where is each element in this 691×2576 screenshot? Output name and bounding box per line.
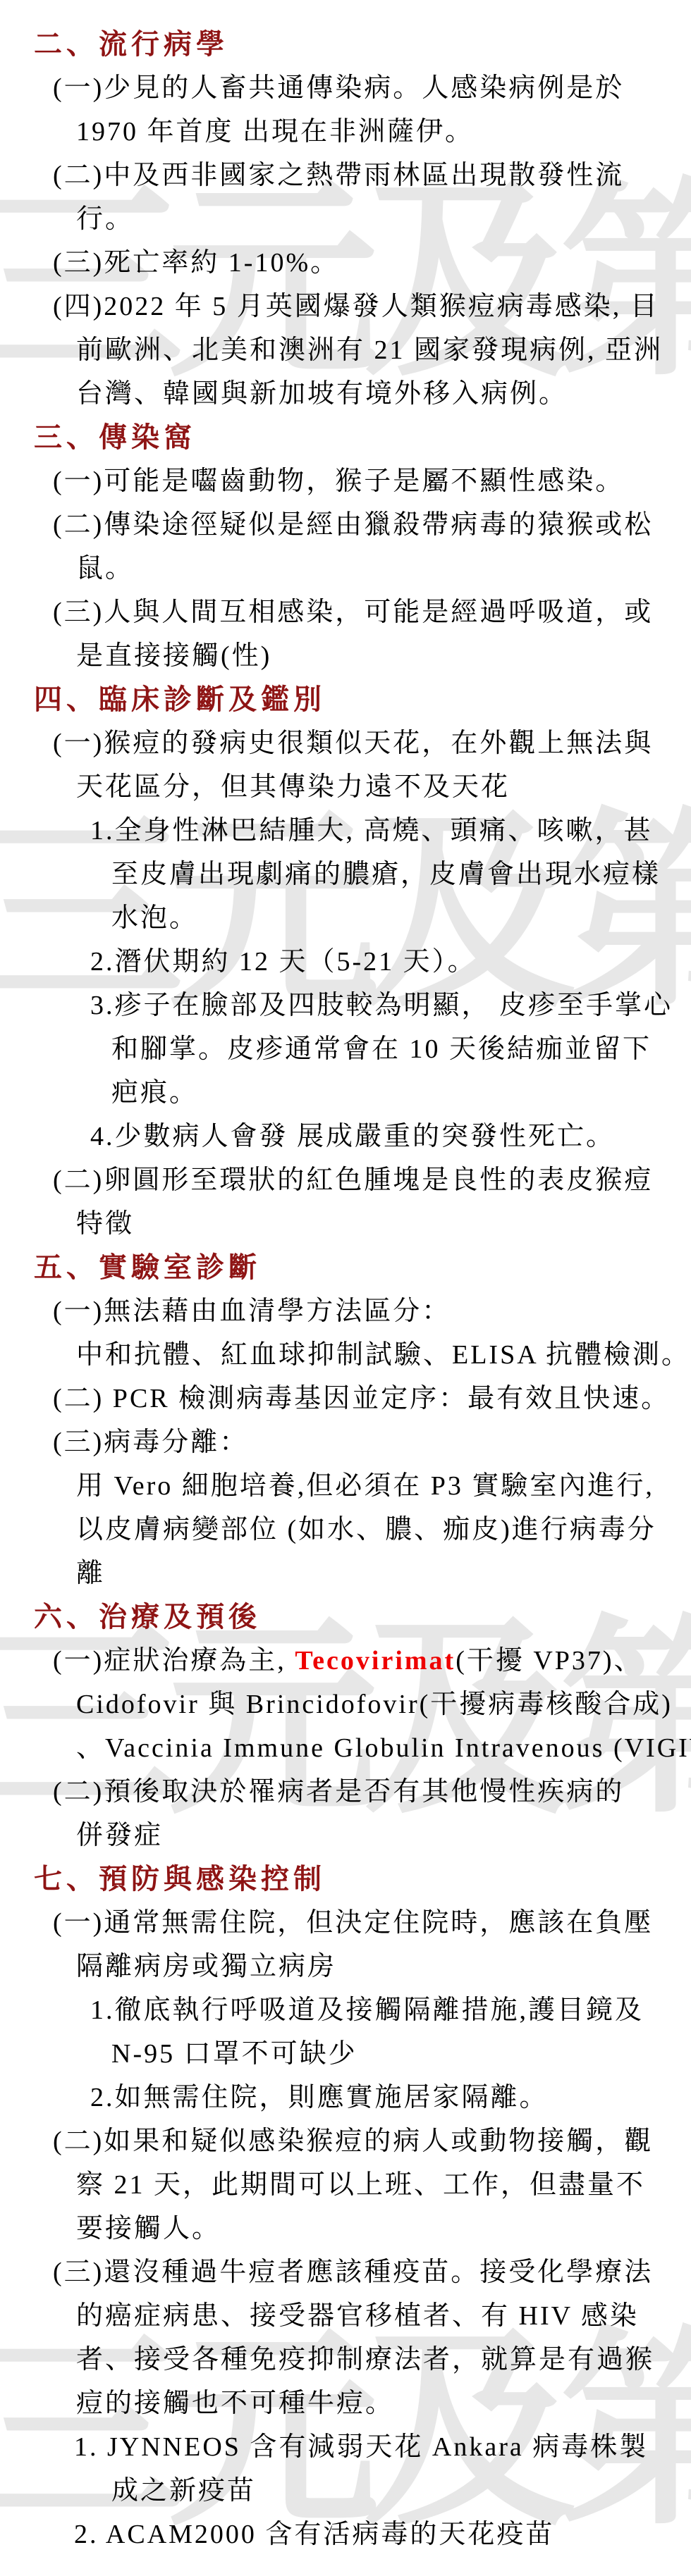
- text-line: 要接觸人。: [76, 2207, 691, 2250]
- text-segment: (一)症狀治療為主,: [53, 1646, 295, 1676]
- document-content: 二、流行病學 (一)少見的人畜共通傳染病。人感染病例是於 1970 年首度 出現…: [0, 0, 691, 2556]
- text-line: 水泡。: [111, 896, 691, 940]
- text-line: (二)傳染途徑疑似是經由獵殺帶病毒的猿猴或松: [53, 503, 691, 547]
- document-page: 三元及第 三元及第 三元及第 三元及第 二、流行病學 (一)少見的人畜共通傳染病…: [0, 0, 691, 2576]
- text-line: 、Vaccinia Immune Globulin Intravenous (V…: [76, 1726, 691, 1770]
- text-line: (一)無法藉由血清學方法區分：: [53, 1289, 691, 1333]
- text-line: Cidofovir 與 Brincidofovir(干擾病毒核酸合成): [76, 1683, 691, 1726]
- text-line: 2.潛伏期約 12 天（5-21 天）。: [90, 940, 691, 984]
- text-line: 2.如無需住院，則應實施居家隔離。: [90, 2076, 691, 2119]
- text-line: 1.徹底執行呼吸道及接觸隔離措施,護目鏡及: [90, 1988, 691, 2032]
- text-line: 疤痕。: [111, 1071, 691, 1115]
- text-line: 前歐洲、北美和澳洲有 21 國家發現病例, 亞洲: [76, 328, 691, 372]
- text-line: 者、接受各種免疫抑制療法者，就算是有過猴: [76, 2338, 691, 2382]
- text-line: (二)預後取決於罹病者是否有其他慢性疾病的: [53, 1770, 691, 1814]
- text-line: 1970 年首度 出現在非洲薩伊。: [76, 110, 691, 154]
- text-line-treatment: (一)症狀治療為主, Tecovirimat(干擾 VP37)、: [53, 1639, 691, 1683]
- section-heading-prevention-control: 七、預防與感染控制: [34, 1857, 691, 1901]
- text-line: 天花區分，但其傳染力遠不及天花: [76, 765, 691, 809]
- text-line: N-95 口罩不可缺少: [111, 2032, 691, 2076]
- text-line: 和腳掌。皮疹通常會在 10 天後結痂並留下: [111, 1027, 691, 1071]
- text-line: 行。: [76, 197, 691, 241]
- section-heading-reservoir: 三、傳染窩: [34, 416, 691, 459]
- section-heading-lab-diagnosis: 五、實驗室診斷: [34, 1246, 691, 1289]
- text-line: (二) PCR 檢測病毒基因並定序：最有效且快速。: [53, 1377, 691, 1420]
- text-line: (二)如果和疑似感染猴痘的病人或動物接觸，觀: [53, 2119, 691, 2163]
- text-line: 用 Vero 細胞培養,但必須在 P3 實驗室內進行,: [76, 1464, 691, 1508]
- text-line: 隔離病房或獨立病房: [76, 1945, 691, 1988]
- text-line: (三)病毒分離：: [53, 1420, 691, 1464]
- text-line: (四)2022 年 5 月英國爆發人類猴痘病毒感染, 目: [53, 285, 691, 328]
- text-line: (一)可能是囓齒動物，猴子是屬不顯性感染。: [53, 459, 691, 503]
- text-line: 4.少數病人會發 展成嚴重的突發性死亡。: [90, 1115, 691, 1158]
- text-line: (三)人與人間互相感染，可能是經過呼吸道，或: [53, 590, 691, 634]
- drug-name-highlight: Tecovirimat: [295, 1646, 455, 1676]
- text-line: 離: [76, 1552, 691, 1595]
- text-line: (一)猴痘的發病史很類似天花，在外觀上無法與: [53, 722, 691, 765]
- text-segment: (干擾 VP37)、: [455, 1646, 642, 1676]
- text-line: 以皮膚病變部位 (如水、膿、痂皮)進行病毒分: [76, 1508, 691, 1552]
- text-line: 察 21 天，此期間可以上班、工作，但盡量不: [76, 2163, 691, 2207]
- text-line: (二)卵圓形至環狀的紅色腫塊是良性的表皮猴痘: [53, 1158, 691, 1202]
- text-line: (二)中及西非國家之熱帶雨林區出現散發性流: [53, 154, 691, 197]
- text-line: 是直接接觸(性): [76, 634, 691, 678]
- text-line: 1.全身性淋巴結腫大, 高燒、頭痛、咳嗽，甚: [90, 809, 691, 853]
- text-line: 中和抗體、紅血球抑制試驗、ELISA 抗體檢測。: [76, 1333, 691, 1377]
- text-line: 1. JYNNEOS 含有減弱天花 Ankara 病毒株製: [74, 2425, 691, 2469]
- text-line: 痘的接觸也不可種牛痘。: [76, 2382, 691, 2425]
- text-line: 併發症: [76, 1814, 691, 1857]
- text-line: 2. ACAM2000 含有活病毒的天花疫苗: [74, 2513, 691, 2556]
- text-line: (三)還沒種過牛痘者應該種疫苗。接受化學療法: [53, 2250, 691, 2294]
- text-line: 鼠。: [76, 547, 691, 590]
- text-line: 台灣、韓國與新加坡有境外移入病例。: [76, 372, 691, 416]
- text-line: 特徵: [76, 1202, 691, 1246]
- text-line: (三)死亡率約 1-10%。: [53, 241, 691, 285]
- text-line: (一)少見的人畜共通傳染病。人感染病例是於: [53, 66, 691, 110]
- text-line: 3.疹子在臉部及四肢較為明顯， 皮疹至手掌心: [90, 984, 691, 1027]
- section-heading-treatment-prognosis: 六、治療及預後: [34, 1595, 691, 1639]
- section-heading-epidemiology: 二、流行病學: [34, 23, 691, 66]
- text-line: 至皮膚出現劇痛的膿瘡，皮膚會出現水痘樣: [111, 853, 691, 896]
- text-line: 的癌症病患、接受器官移植者、有 HIV 感染: [76, 2294, 691, 2338]
- section-heading-clinical-diagnosis: 四、臨床診斷及鑑別: [34, 678, 691, 722]
- text-line: (一)通常無需住院，但決定住院時，應該在負壓: [53, 1901, 691, 1945]
- text-line: 成之新疫苗: [111, 2469, 691, 2513]
